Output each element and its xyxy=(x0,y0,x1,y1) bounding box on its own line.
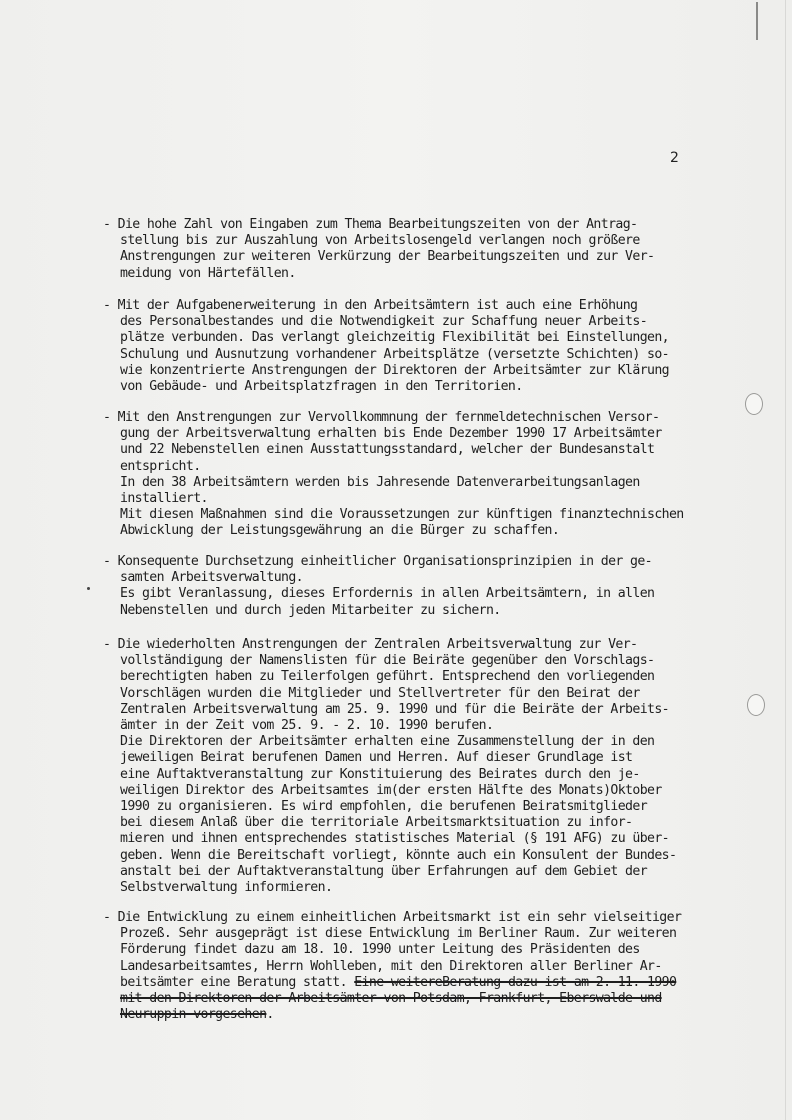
paragraph-telecom: - Mit den Anstrengungen zur Vervollkommn… xyxy=(103,410,723,540)
text-line: - Die Entwicklung zu einem einheitlichen… xyxy=(103,910,723,926)
text-line: - Die wiederholten Anstrengungen der Zen… xyxy=(103,637,723,653)
text-line: Schulung und Ausnutzung vorhandener Arbe… xyxy=(103,347,723,363)
text-line: und 22 Nebenstellen einen Ausstattungsst… xyxy=(103,442,723,458)
text-line: vollständigung der Namenslisten für die … xyxy=(103,653,723,669)
text-line: jeweiligen Beirat berufenen Damen und He… xyxy=(103,750,723,766)
text-line: - Mit den Anstrengungen zur Vervollkommn… xyxy=(103,410,723,426)
text-normal: beitsämter eine Beratung statt. xyxy=(120,975,354,990)
punch-hole xyxy=(745,393,763,415)
text-line: wie konzentrierte Anstrengungen der Dire… xyxy=(103,363,723,379)
text-line: anstalt bei der Auftaktveranstaltung übe… xyxy=(103,864,723,880)
text-line: Landesarbeitsamtes, Herrn Wohlleben, mit… xyxy=(103,959,723,975)
text-line: bei diesem Anlaß über die territoriale A… xyxy=(103,815,723,831)
struck-text-line: mit den Direktoren der Arbeitsämter von … xyxy=(103,991,723,1007)
text-line: von Gebäude- und Arbeitsplatzfragen in d… xyxy=(103,379,723,395)
text-line: Selbstverwaltung informieren. xyxy=(103,880,723,896)
text-line: beitsämter eine Beratung statt. Eine wei… xyxy=(103,975,723,991)
text-line: Prozeß. Sehr ausgeprägt ist diese Entwic… xyxy=(103,926,723,942)
page-number: 2 xyxy=(670,150,679,166)
text-line: des Personalbestandes und die Notwendigk… xyxy=(103,314,723,330)
paragraph-organisation: - Konsequente Durchsetzung einheitlicher… xyxy=(103,554,723,619)
paragraph-berlin-labour-market: - Die Entwicklung zu einem einheitlichen… xyxy=(103,910,723,1023)
text-line: mieren und ihnen entsprechendes statisti… xyxy=(103,831,723,847)
text-line: Zentralen Arbeitsverwaltung am 25. 9. 19… xyxy=(103,702,723,718)
paragraph-advisory-boards: - Die wiederholten Anstrengungen der Zen… xyxy=(103,637,723,896)
text-line: ämter in der Zeit vom 25. 9. - 2. 10. 19… xyxy=(103,718,723,734)
text-line: Neuruppin vorgesehen. xyxy=(103,1007,723,1023)
margin-mark xyxy=(756,2,758,40)
text-line: stellung bis zur Auszahlung von Arbeitsl… xyxy=(103,233,723,249)
text-line: installiert. xyxy=(103,491,723,507)
margin-dot xyxy=(87,587,90,590)
struck-text: Neuruppin vorgesehen xyxy=(120,1007,266,1022)
text-line: eine Auftaktveranstaltung zur Konstituie… xyxy=(103,767,723,783)
document-page: 2 - Die hohe Zahl von Eingaben zum Thema… xyxy=(0,0,792,1120)
text-line: plätze verbunden. Das verlangt gleichzei… xyxy=(103,330,723,346)
punch-hole xyxy=(747,694,765,716)
text-line: Mit diesen Maßnahmen sind die Voraussetz… xyxy=(103,507,723,523)
text-line: 1990 zu organisieren. Es wird empfohlen,… xyxy=(103,799,723,815)
text-line: meidung von Härtefällen. xyxy=(103,266,723,282)
text-line: In den 38 Arbeitsämtern werden bis Jahre… xyxy=(103,475,723,491)
text-line: Vorschlägen wurden die Mitglieder und St… xyxy=(103,686,723,702)
text-line: samten Arbeitsverwaltung. xyxy=(103,570,723,586)
paragraph-processing-times: - Die hohe Zahl von Eingaben zum Thema B… xyxy=(103,217,723,282)
text-line: entspricht. xyxy=(103,459,723,475)
text-line: - Mit der Aufgabenerweiterung in den Arb… xyxy=(103,298,723,314)
text-line: Förderung findet dazu am 18. 10. 1990 un… xyxy=(103,942,723,958)
struck-text: Eine weitereBeratung dazu ist am 2. 11. … xyxy=(354,975,676,990)
text-line: Nebenstellen und durch jeden Mitarbeiter… xyxy=(103,603,723,619)
text-line: - Die hohe Zahl von Eingaben zum Thema B… xyxy=(103,217,723,233)
text-line: Abwicklung der Leistungsgewährung an die… xyxy=(103,523,723,539)
text-line: weiligen Direktor des Arbeitsamtes im(de… xyxy=(103,783,723,799)
text-line: berechtigten haben zu Teilerfolgen gefüh… xyxy=(103,669,723,685)
text-line: Es gibt Veranlassung, dieses Erfordernis… xyxy=(103,586,723,602)
text-line: gung der Arbeitsverwaltung erhalten bis … xyxy=(103,426,723,442)
text-line: Die Direktoren der Arbeitsämter erhalten… xyxy=(103,734,723,750)
paragraph-staffing: - Mit der Aufgabenerweiterung in den Arb… xyxy=(103,298,723,395)
text-line: - Konsequente Durchsetzung einheitlicher… xyxy=(103,554,723,570)
text-line: Anstrengungen zur weiteren Verkürzung de… xyxy=(103,249,723,265)
text-line: geben. Wenn die Bereitschaft vorliegt, k… xyxy=(103,848,723,864)
page-edge xyxy=(785,0,786,1120)
